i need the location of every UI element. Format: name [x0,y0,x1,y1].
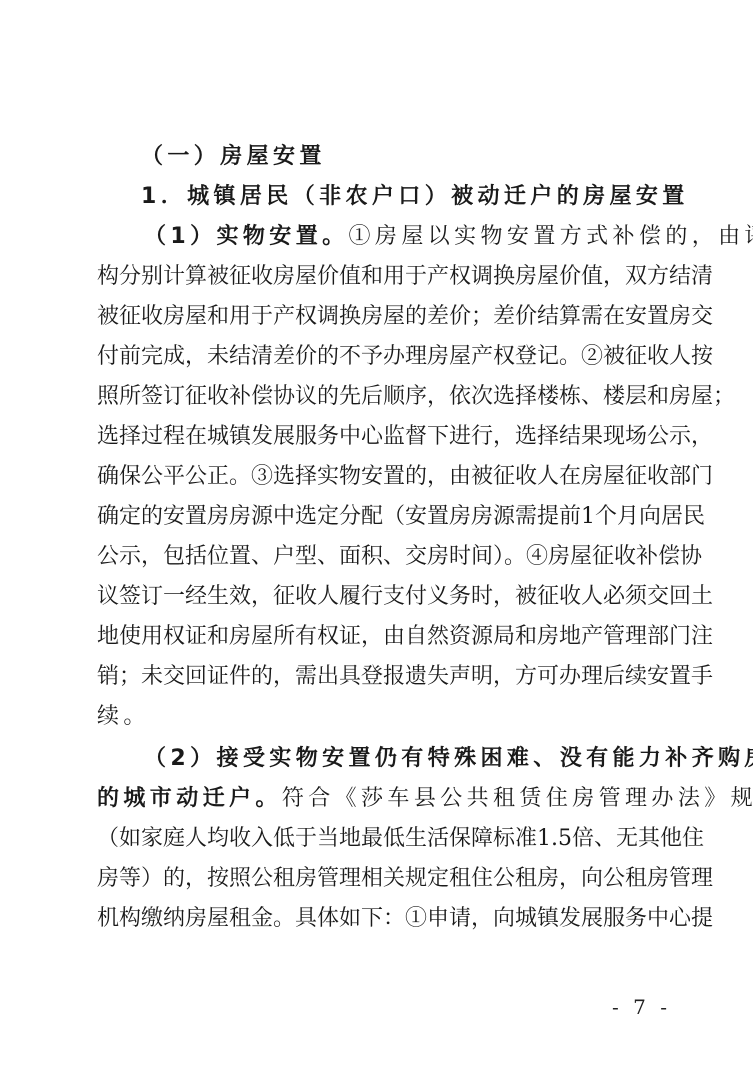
page-number: - 7 - [612,995,671,1019]
paragraph-line: 被征收房屋和用于产权调换房屋的差价；差价结算需在安置房交 [97,297,657,337]
paragraph-line: 构分别计算被征收房屋价值和用于产权调换房屋价值，双方结清 [97,257,657,297]
paragraph-line: 议签订一经生效，征收人履行支付义务时，被征收人必须交回土 [97,577,657,617]
paragraph-1-line-1: （1）实物安置。①房屋以实物安置方式补偿的，由评估机 [97,217,657,257]
section-heading: （一）房屋安置 [97,137,657,177]
paragraph-2-line-2: 的城市动迁户。符合《莎车县公共租赁住房管理办法》规定条件 [97,779,657,819]
paragraph-line: 地使用权证和房屋所有权证，由自然资源局和房地产管理部门注 [97,617,657,657]
paragraph-1-text: ①房屋以实物安置方式补偿的，由评估机 [349,224,753,249]
paragraph-line: 确定的安置房房源中选定分配（安置房房源需提前1个月向居民 [97,497,657,537]
paragraph-line: 公示，包括位置、户型、面积、交房时间）。④房屋征收补偿协 [97,537,657,577]
paragraph-line: 确保公平公正。③选择实物安置的，由被征收人在房屋征收部门 [97,457,657,497]
paragraph-1-lead: （1）实物安置。 [144,224,349,249]
paragraph-line: 付前完成，未结清差价的不予办理房屋产权登记。②被征收人按 [97,337,657,377]
paragraph-line: 机构缴纳房屋租金。具体如下：①申请，向城镇发展服务中心提 [97,899,657,939]
paragraph-2-lead-end: 的城市动迁户。 [97,786,282,811]
subsection-heading: 1．城镇居民（非农户口）被动迁户的房屋安置 [97,177,657,217]
paragraph-line: （如家庭人均收入低于当地最低生活保障标准1.5倍、无其他住 [97,819,657,859]
paragraph-line: 续。 [97,697,657,737]
paragraph-line: 照所签订征收补偿协议的先后顺序，依次选择楼栋、楼层和房屋； [97,377,657,417]
paragraph-2-lead-line-1: （2）接受实物安置仍有特殊困难、没有能力补齐购房差价 [97,739,657,779]
paragraph-line: 房等）的，按照公租房管理相关规定租住公租房，向公租房管理 [97,859,657,899]
paragraph-2-text: 符合《莎车县公共租赁住房管理办法》规定条件 [282,786,753,811]
document-page: （一）房屋安置 1．城镇居民（非农户口）被动迁户的房屋安置 （1）实物安置。①房… [97,137,657,939]
paragraph-line: 选择过程在城镇发展服务中心监督下进行，选择结果现场公示， [97,417,657,457]
paragraph-line: 销；未交回证件的，需出具登报遗失声明，方可办理后续安置手 [97,657,657,697]
